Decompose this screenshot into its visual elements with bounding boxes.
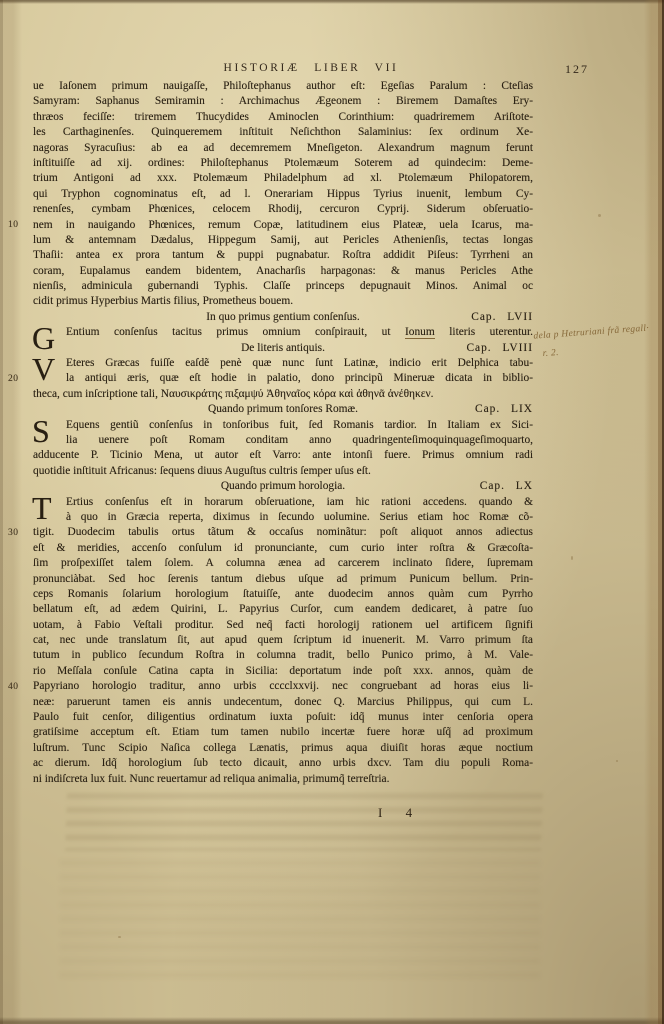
line-text: Papyriano horologio traditur, anno urbis… — [33, 680, 533, 692]
running-head-title: HISTORIÆ LIBER VII — [224, 62, 399, 74]
line-text: pronunciàbat. Sed hoc ſerenis tantum die… — [33, 573, 533, 585]
text-line: SEquens gentiũ conſenſus in tonſoribus f… — [33, 418, 533, 433]
text-line: uotam, à Fabio Veſtali proditur. Sed neq… — [33, 618, 533, 633]
chapter-heading: De literis antiquis.Cap. LVIII — [33, 341, 533, 356]
text-line: ac dierum. Idq̃ horologium ſub tecto dic… — [33, 756, 533, 771]
line-number: 30 — [8, 527, 19, 539]
chapter-cap-label: Cap. LIX — [475, 402, 533, 417]
text-line: à quo in Græcia reperta, diximus in ſecu… — [33, 510, 533, 525]
chapter-heading: In quo primus gentium conſenſus.Cap. LVI… — [33, 310, 533, 325]
chapter-heading: Quando primum tonſores Romæ.Cap. LIX — [33, 402, 533, 417]
book-page: HISTORIÆ LIBER VII 127 ue Iaſonem primum… — [0, 0, 664, 1024]
text-line: 40Papyriano horologio traditur, anno urb… — [33, 679, 533, 694]
text-line: inſtituiſſe ad xij. ordines: Philoſtepha… — [33, 156, 533, 171]
text-line: theca, cum inſcriptione tali, Ναυσικράτη… — [33, 387, 533, 402]
text-line: 10nem in nauigando Phœnices, remum Copæ,… — [33, 218, 533, 233]
line-text: theca, cum inſcriptione tali, Ναυσικράτη… — [33, 388, 434, 400]
underlined-word: Ionum — [405, 326, 435, 339]
text-line: pronunciàbat. Sed hoc ſerenis tantum die… — [33, 572, 533, 587]
line-text: quotidie inſtituit Africanus: ſequens di… — [33, 465, 371, 477]
line-text: gratiſsime acceptum eſt. Etiam tum tamen… — [33, 726, 533, 738]
text-line: VEteres Græcas fuiſſe eaſdẽ penè quæ nun… — [33, 356, 533, 371]
text-line: Samyram: Saphanus Semiramin : Archimachu… — [33, 94, 533, 109]
line-text: Samyram: Saphanus Semiramin : Archimachu… — [33, 95, 533, 107]
line-text: la antiqui æris, quæ eſt hodie in palati… — [66, 372, 533, 384]
text-line: bellatum eſt, ad ædem Quirini, L. Papyri… — [33, 602, 533, 617]
text-line: luſtrum. Tunc Scipio Naſica collega Læna… — [33, 741, 533, 756]
text-line: lum & antemnam Dædalus, Hippegum Samij, … — [33, 233, 533, 248]
text-line: coram, Eupalamus eandem bidentem, Anacha… — [33, 264, 533, 279]
text-line: rio Meſſala conſule Catina capta in Sici… — [33, 664, 533, 679]
line-text: qui Tryphon cognominatus eſt, ad l. Oner… — [33, 188, 533, 200]
line-text: ni indiſcreta lux fuit. Nunc reuertamur … — [33, 773, 389, 785]
line-text: ſim proſpexiſſet talem ſolem. A columna … — [33, 557, 533, 569]
text-line: trium Antigoni ad xxx. Ptolemæum Philade… — [33, 171, 533, 186]
text-line: cat, nec unde translatum ſit, aut apud q… — [33, 633, 533, 648]
line-text: tigit. Duodecim tabulis ortus tãtum & oc… — [33, 526, 533, 538]
line-text: nienſis, adminicula gubernandi Typhis. C… — [33, 280, 533, 292]
line-text: coram, Eupalamus eandem bidentem, Anacha… — [33, 265, 533, 277]
text-line: ſim proſpexiſſet talem ſolem. A columna … — [33, 556, 533, 571]
line-text: luſtrum. Tunc Scipio Naſica collega Læna… — [33, 742, 533, 754]
page-number: 127 — [565, 62, 589, 77]
line-text: thræos feciſſe: triremem Thucydides Amin… — [33, 111, 533, 123]
marginal-annotation-line1: dela p Hetruriani frã regall· — [533, 324, 649, 342]
chapter-cap-label: Cap. LX — [480, 479, 533, 494]
line-text: neæ: paruerunt tamen eis annis undecentu… — [33, 696, 533, 708]
line-text: Thaſii: antea ex prora tantum & puppi pu… — [33, 249, 533, 261]
text-line: lia uenere poſt Romam conditam anno quad… — [33, 433, 533, 448]
line-text: renenſes, cymbam Phœnices, celocem Rhodi… — [33, 203, 533, 215]
text-line: adducente P. Ticinio Mena, ut autor eſt … — [33, 448, 533, 463]
chapter-title: De literis antiquis. — [241, 342, 325, 354]
text-line: les Carthaginenſes. Quinqueremem inſtitu… — [33, 125, 533, 140]
chapter-title: Quando primum horologia. — [221, 480, 345, 492]
text-line: tutum in publico ſecundum Roſtra in colu… — [33, 648, 533, 663]
line-text: Equens gentiũ conſenſus in tonſoribus fu… — [66, 419, 533, 431]
line-text: Paulo fuit cenſor, diligentius ordinatum… — [33, 711, 533, 723]
text-line: ceps Romanis ſolarium horologium ſtatuiſ… — [33, 587, 533, 602]
line-text: bellatum eſt, ad ædem Quirini, L. Papyri… — [33, 603, 533, 615]
verso-show-through-faint — [60, 860, 540, 980]
text-line: Paulo fuit cenſor, diligentius ordinatum… — [33, 710, 533, 725]
line-text: cat, nec unde translatum ſit, aut apud q… — [33, 634, 533, 646]
line-number: 20 — [8, 373, 19, 385]
foxing-speck — [118, 936, 121, 938]
line-text: Eteres Græcas fuiſſe eaſdẽ penè quæ nunc… — [66, 357, 533, 369]
line-number: 10 — [8, 219, 19, 231]
text-line: nagoras Syracuſius: ab ea ad decemremem … — [33, 141, 533, 156]
text-line: thræos feciſſe: triremem Thucydides Amin… — [33, 110, 533, 125]
line-text: uotam, à Fabio Veſtali proditur. Sed neq… — [33, 619, 533, 631]
foxing-speck — [616, 760, 618, 762]
chapter-cap-label: Cap. LVII — [471, 310, 533, 325]
text-line: TErtius conſenſus eſt in horarum obſerua… — [33, 495, 533, 510]
foxing-speck — [598, 214, 601, 217]
line-text: à quo in Græcia reperta, diximus in ſecu… — [66, 511, 533, 523]
text-line: eſt & meridies, accenſo conſulum id pron… — [33, 541, 533, 556]
foxing-speck — [571, 556, 573, 560]
line-text: inſtituiſſe ad xij. ordines: Philoſtepha… — [33, 157, 533, 169]
text-line: ni indiſcreta lux fuit. Nunc reuertamur … — [33, 772, 533, 787]
line-text: ue Iaſonem primum nauigaſſe, Philoſtepha… — [33, 80, 533, 92]
line-text: ceps Romanis ſolarium horologium ſtatuiſ… — [33, 588, 533, 600]
marginal-annotation: dela p Hetruriani frã regall· r. 2. — [533, 321, 664, 360]
line-text: Entium conſenſus tacitus primus omnium c… — [66, 326, 405, 338]
text-line: renenſes, cymbam Phœnices, celocem Rhodi… — [33, 202, 533, 217]
line-text: nem in nauigando Phœnices, remum Copæ, l… — [33, 219, 533, 231]
line-text: eſt & meridies, accenſo conſulum id pron… — [33, 542, 533, 554]
line-text: nagoras Syracuſius: ab ea ad decemremem … — [33, 142, 533, 154]
text-line: GEntium conſenſus tacitus primus omnium … — [33, 325, 533, 340]
text-line: ue Iaſonem primum nauigaſſe, Philoſtepha… — [33, 79, 533, 94]
marginal-annotation-line2: r. 2. — [542, 339, 664, 360]
line-text: tutum in publico ſecundum Roſtra in colu… — [33, 649, 533, 661]
chapter-title: In quo primus gentium conſenſus. — [206, 311, 359, 323]
line-text: Ertius conſenſus eſt in horarum obſeruat… — [66, 496, 533, 508]
chapter-title: Quando primum tonſores Romæ. — [208, 403, 358, 415]
line-text: lum & antemnam Dædalus, Hippegum Samij, … — [33, 234, 533, 246]
line-text: trium Antigoni ad xxx. Ptolemæum Philade… — [33, 172, 533, 184]
text-line: Thaſii: antea ex prora tantum & puppi pu… — [33, 248, 533, 263]
line-text: rio Meſſala conſule Catina capta in Sici… — [33, 665, 533, 677]
line-text: literis uterentur. — [435, 326, 533, 338]
text-block: ue Iaſonem primum nauigaſſe, Philoſtepha… — [33, 79, 533, 787]
line-text: les Carthaginenſes. Quinqueremem inſtitu… — [33, 126, 533, 138]
text-line: quotidie inſtituit Africanus: ſequens di… — [33, 464, 533, 479]
text-line: 20la antiqui æris, quæ eſt hodie in pala… — [33, 371, 533, 386]
line-number: 40 — [8, 681, 19, 693]
line-text: lia uenere poſt Romam conditam anno quad… — [66, 434, 533, 446]
chapter-heading: Quando primum horologia.Cap. LX — [33, 479, 533, 494]
text-line: neæ: paruerunt tamen eis annis undecentu… — [33, 695, 533, 710]
chapter-cap-label: Cap. LVIII — [466, 341, 533, 356]
verso-show-through — [65, 793, 543, 851]
text-line: cidit primus Hyperbius Martis filius, Pr… — [33, 294, 533, 309]
running-head: HISTORIÆ LIBER VII 127 — [33, 62, 589, 78]
line-text: adducente P. Ticinio Mena, ut autor eſt … — [33, 449, 533, 461]
line-text: cidit primus Hyperbius Martis filius, Pr… — [33, 295, 293, 307]
text-line: gratiſsime acceptum eſt. Etiam tum tamen… — [33, 725, 533, 740]
text-line: nienſis, adminicula gubernandi Typhis. C… — [33, 279, 533, 294]
text-line: 30tigit. Duodecim tabulis ortus tãtum & … — [33, 525, 533, 540]
text-line: qui Tryphon cognominatus eſt, ad l. Oner… — [33, 187, 533, 202]
line-text: ac dierum. Idq̃ horologium ſub tecto dic… — [33, 757, 533, 769]
